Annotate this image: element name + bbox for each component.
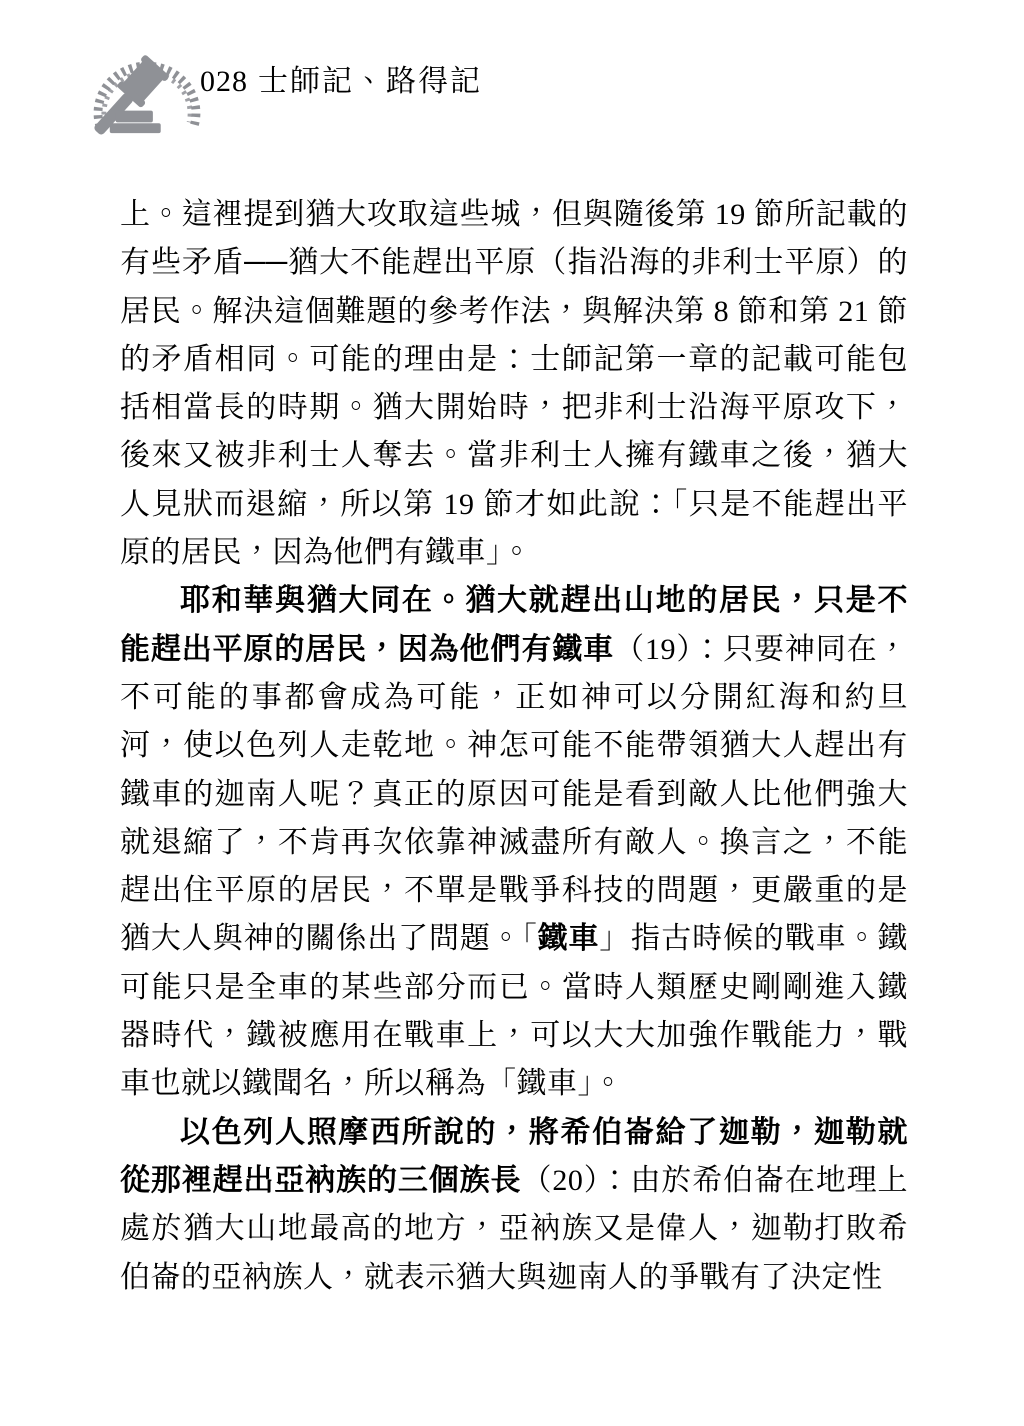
book-page: 028士師記、路得記 上。這裡提到猶大攻取這些城，但與隨後第 19 節所記載的有… [0, 0, 1024, 1426]
paragraph: 以色列人照摩西所說的，將希伯崙給了迦勒，迦勒就從那裡趕出亞衲族的三個族長（20）… [120, 1109, 908, 1302]
page-number: 028 [200, 65, 248, 98]
book-title: 士師記、路得記 [258, 65, 482, 98]
paragraph: 上。這裡提到猶大攻取這些城，但與隨後第 19 節所記載的有些矛盾──猶大不能趕出… [120, 191, 908, 577]
running-head: 028士師記、路得記 [200, 56, 482, 100]
gavel-laurel-icon [88, 42, 206, 138]
text-segment: （19）：只要神同在，不可能的事都會成為可能，正如神可以分開紅海和約旦河，使以色… [120, 633, 908, 956]
text-segment: 上。這裡提到猶大攻取這些城，但與隨後第 19 節所記載的有些矛盾──猶大不能趕出… [120, 198, 908, 569]
page-header: 028士師記、路得記 [88, 42, 482, 142]
paragraph: 耶和華與猶大同在。猶大就趕出山地的居民，只是不能趕出平原的居民，因為他們有鐵車（… [120, 577, 908, 1108]
bold-text-segment: 鐵車 [538, 922, 600, 955]
body-text: 上。這裡提到猶大攻取這些城，但與隨後第 19 節所記載的有些矛盾──猶大不能趕出… [120, 191, 908, 1302]
